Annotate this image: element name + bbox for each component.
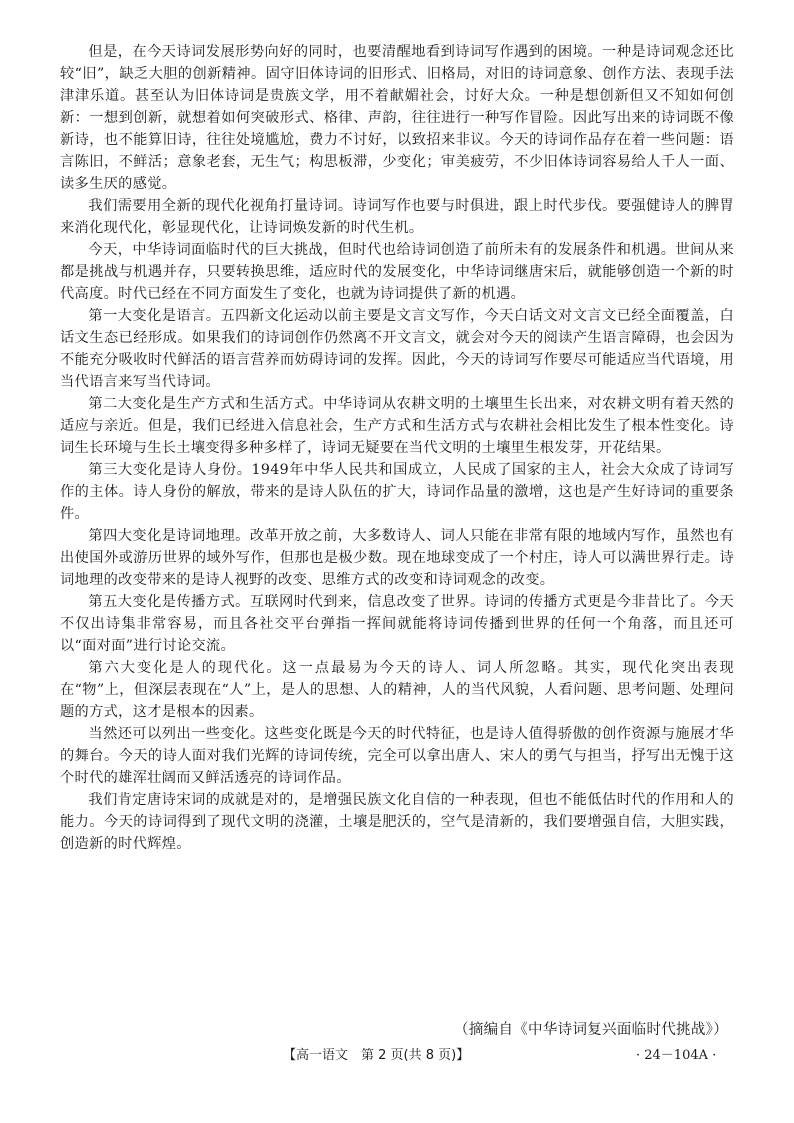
document-body: 但是，在今天诗词发展形势向好的同时，也要清醒地看到诗词写作遇到的困境。一种是诗词… bbox=[60, 41, 734, 855]
paragraph: 今天，中华诗词面临时代的巨大挑战，但时代也给诗词创造了前所未有的发展条件和机遇。… bbox=[60, 239, 734, 305]
paragraph: 第五大变化是传播方式。互联网时代到来，信息改变了世界。诗词的传播方式更是今非昔比… bbox=[60, 591, 734, 657]
paragraph: 但是，在今天诗词发展形势向好的同时，也要清醒地看到诗词写作遇到的困境。一种是诗词… bbox=[60, 41, 734, 195]
paragraph: 我们需要用全新的现代化视角打量诗词。诗词写作也要与时俱进，跟上时代步伐。要强健诗… bbox=[60, 195, 734, 239]
paragraph: 当然还可以列出一些变化。这些变化既是今天的时代特征，也是诗人值得骄傲的创作资源与… bbox=[60, 723, 734, 789]
paragraph: 第一大变化是语言。五四新文化运动以前主要是文言文写作，今天白话文对文言文已经全面… bbox=[60, 305, 734, 393]
paragraph: 第六大变化是人的现代化。这一点最易为今天的诗人、词人所忽略。其实，现代化突出表现… bbox=[60, 657, 734, 723]
page-number-label: 【高一语文 第 2 页(共 8 页)】 bbox=[283, 1045, 469, 1067]
paragraph: 第三大变化是诗人身份。1949年中华人民共和国成立，人民成了国家的主人，社会大众… bbox=[60, 459, 734, 525]
source-citation: （摘编自《中华诗词复兴面临时代挑战》） bbox=[454, 1019, 728, 1041]
page-footer: 【高一语文 第 2 页(共 8 页)】 · 24－104A · bbox=[0, 1045, 794, 1067]
paragraph: 我们肯定唐诗宋词的成就是对的，是增强民族文化自信的一种表现，但也不能低估时代的作… bbox=[60, 789, 734, 855]
paragraph: 第四大变化是诗词地理。改革开放之前，大多数诗人、词人只能在非常有限的地域内写作，… bbox=[60, 525, 734, 591]
paragraph: 第二大变化是生产方式和生活方式。中华诗词从农耕文明的土壤里生长出来，对农耕文明有… bbox=[60, 393, 734, 459]
paper-code: · 24－104A · bbox=[636, 1045, 716, 1067]
